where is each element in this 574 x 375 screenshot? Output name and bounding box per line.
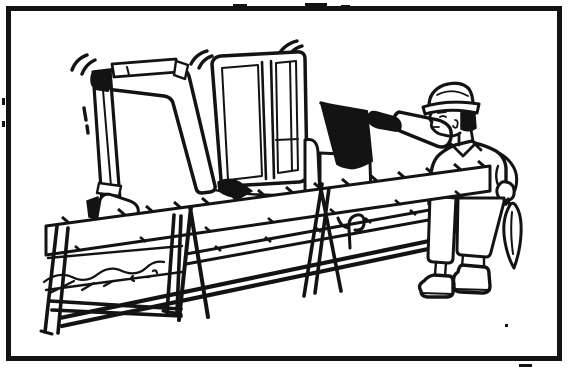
cab-window-sill (276, 139, 298, 140)
eye (438, 112, 446, 117)
illustration-page (0, 0, 574, 375)
boots (420, 265, 490, 297)
hat-brim (423, 102, 479, 114)
lowered-flag (504, 199, 521, 268)
pants (428, 196, 504, 263)
illustration-canvas (0, 0, 574, 375)
motion-tick-boom (84, 108, 88, 133)
safety-illustration (0, 0, 574, 375)
hard-hat (423, 83, 479, 114)
motion-mark-cab-left (191, 51, 212, 68)
excavator-cab (212, 52, 307, 186)
ear (453, 120, 458, 128)
motion-mark-boom (72, 55, 95, 74)
extended-arm (394, 112, 451, 147)
arm-knuckle (92, 71, 111, 91)
